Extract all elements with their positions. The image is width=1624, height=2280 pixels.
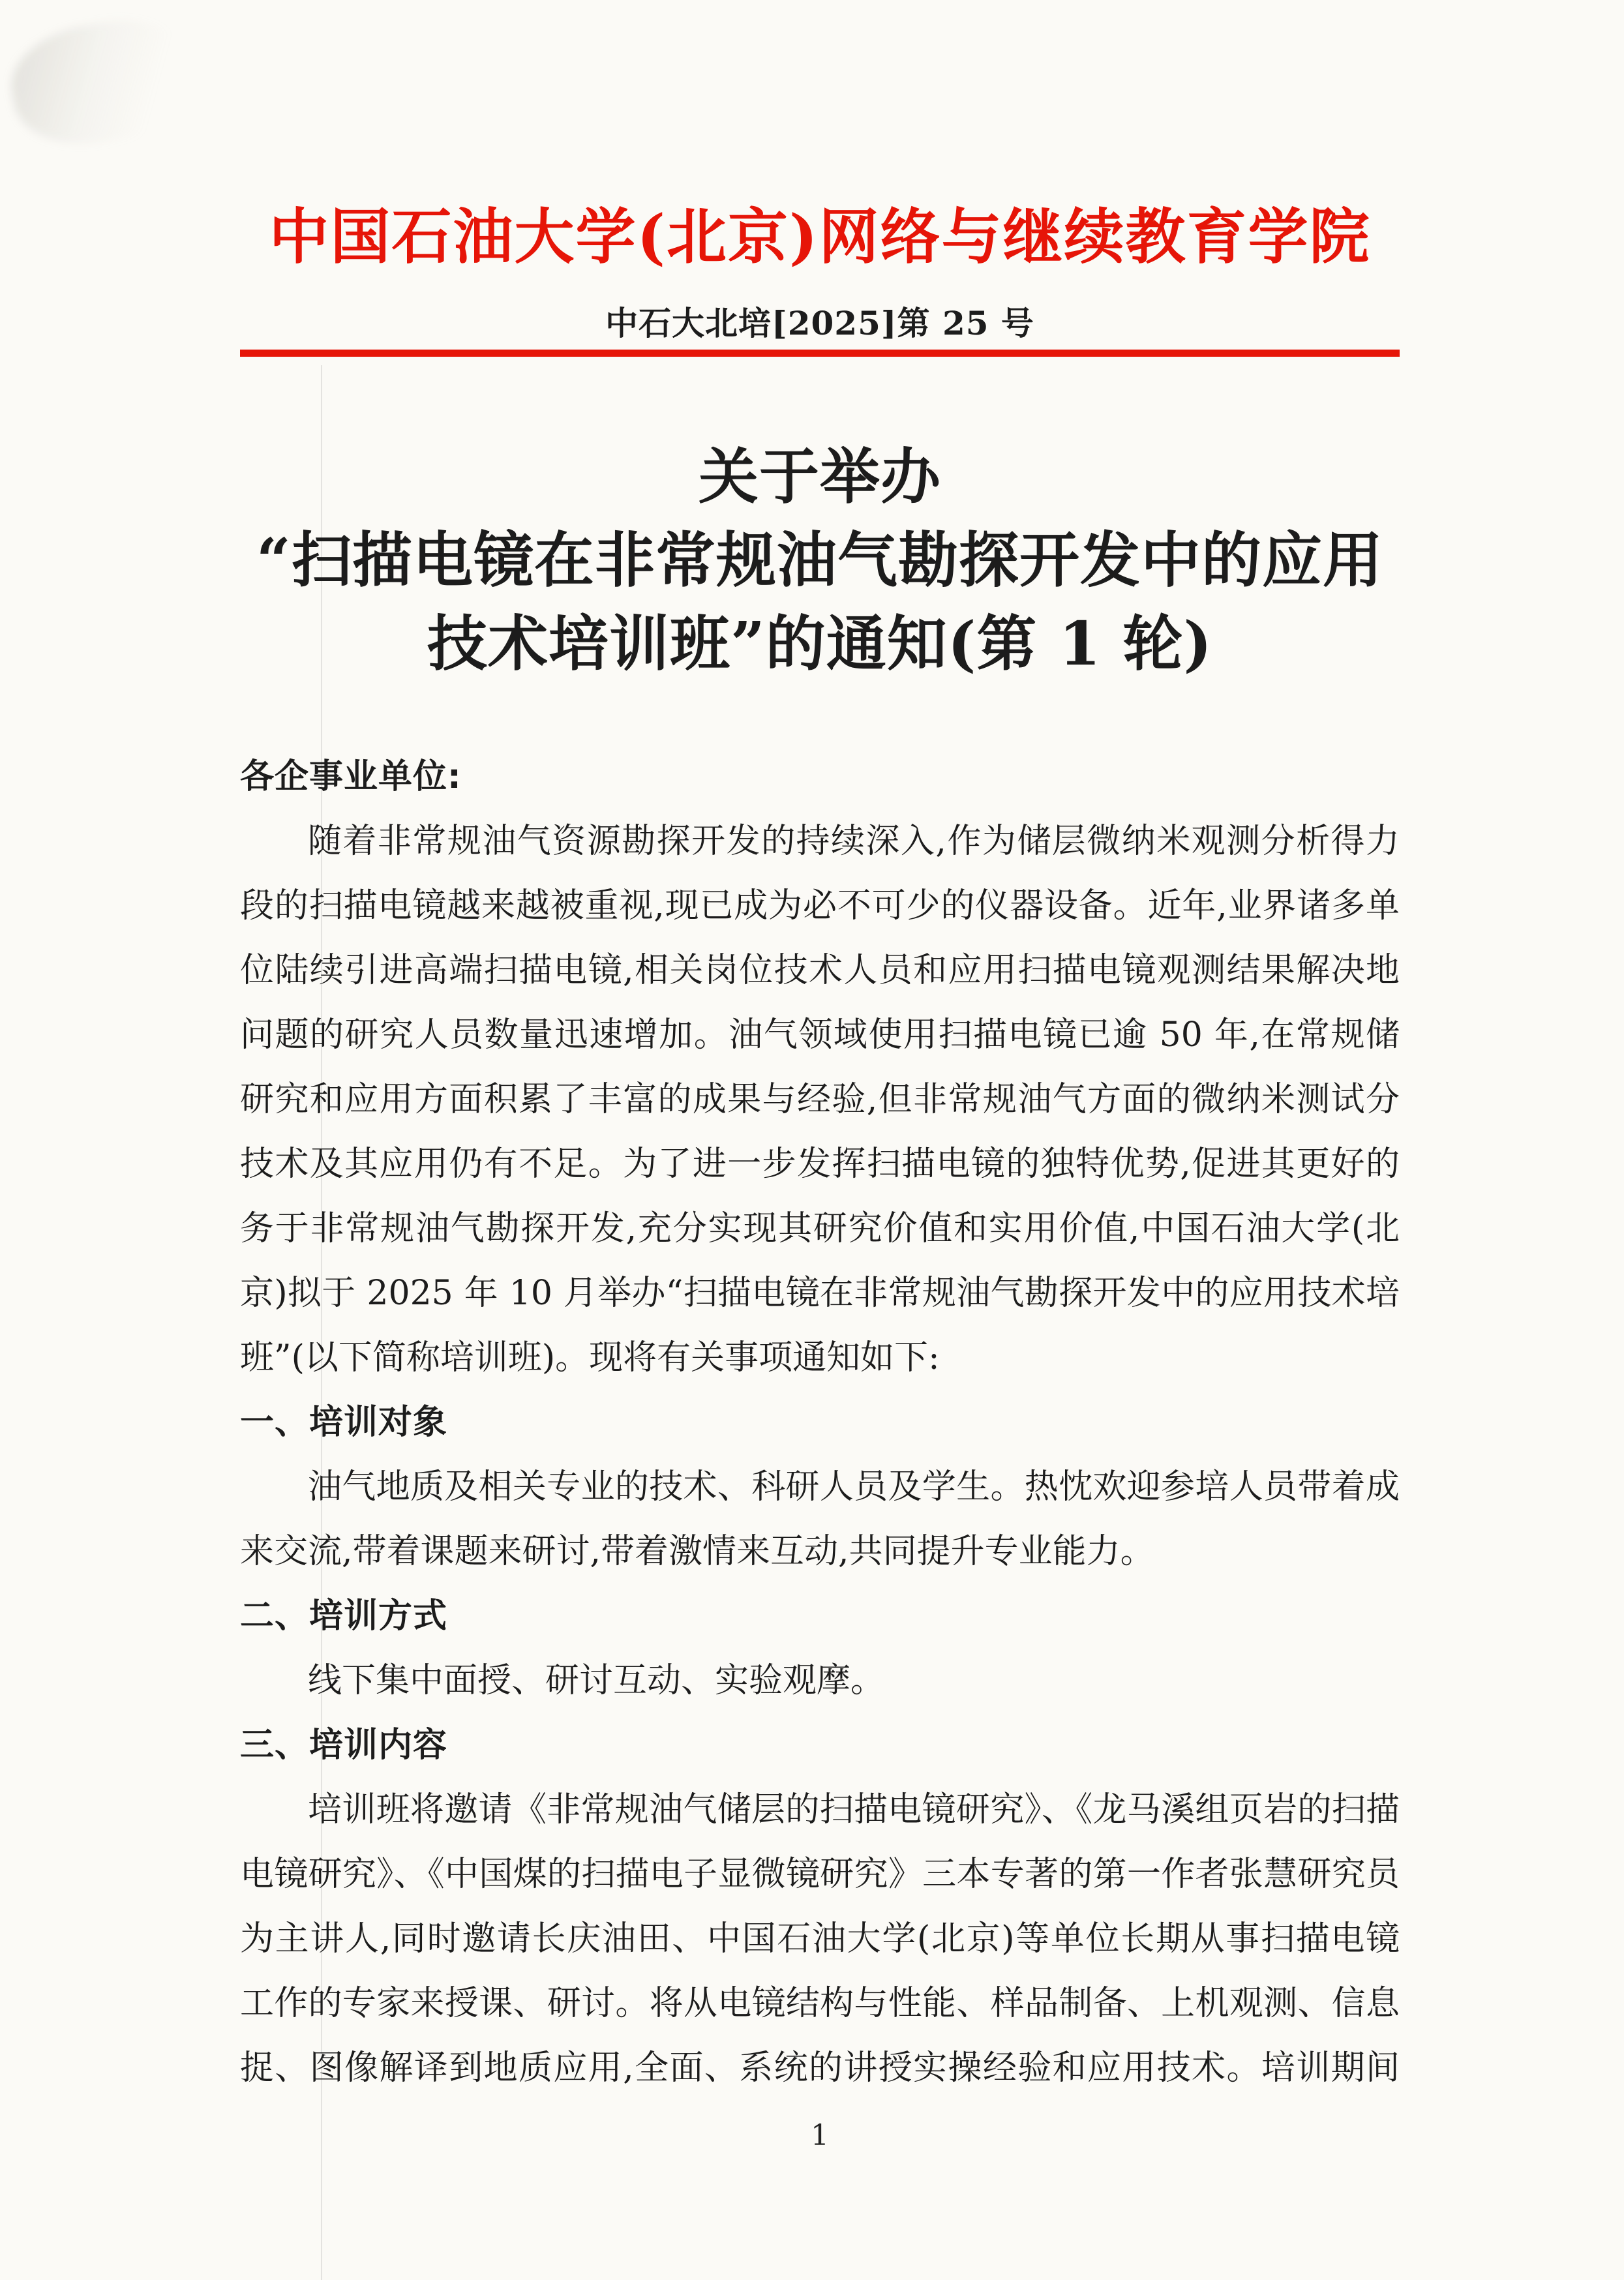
page-number: 1 [240,2119,1400,2153]
section-heading-training-target: 一、培训对象 [240,1390,1400,1455]
body-line: 段的扫描电镜越来越被重视,现已成为必不可少的仪器设备。近年,业界诸多单 [240,874,1400,938]
body-line: 油气地质及相关专业的技术、科研人员及学生。热忱欢迎参培人员带着成果 [240,1455,1400,1520]
salutation: 各企事业单位: [240,745,1400,809]
notice-title: 关于举办 “扫描电镜在非常规油气勘探开发中的应用 技术培训班”的通知(第 1 轮… [240,435,1400,685]
notice-title-line-3: 技术培训班”的通知(第 1 轮) [240,602,1400,685]
body-line: 问题的研究人员数量迅速增加。油气领域使用扫描电镜已逾 50 年,在常规储层 [240,1003,1400,1068]
document-number: 中石大北培[2025]第 25 号 [240,304,1400,343]
body-line: 培训班将邀请《非常规油气储层的扫描电镜研究》、《龙马溪组页岩的扫描 [240,1778,1400,1842]
body-line: 随着非常规油气资源勘探开发的持续深入,作为储层微纳米观测分析得力手 [240,809,1400,874]
document-content: 中国石油大学(北京)网络与继续教育学院 中石大北培[2025]第 25 号 关于… [240,0,1400,2153]
body-line: 技术及其应用仍有不足。为了进一步发挥扫描电镜的独特优势,促进其更好的服 [240,1132,1400,1197]
body-line: 来交流,带着课题来研讨,带着激情来互动,共同提升专业能力。 [240,1520,1400,1584]
body-line: 务于非常规油气勘探开发,充分实现其研究价值和实用价值,中国石油大学(北 [240,1197,1400,1261]
body-line: 电镜研究》、《中国煤的扫描电子显微镜研究》三本专著的第一作者张慧研究员 [240,1842,1400,1907]
body-line: 工作的专家来授课、研讨。将从电镜结构与性能、样品制备、上机观测、信息捕 [240,1972,1400,2036]
body-line: 线下集中面授、研讨互动、实验观摩。 [240,1649,1400,1713]
notice-title-line-2: “扫描电镜在非常规油气勘探开发中的应用 [240,518,1400,602]
scan-smudge-artifact [3,8,203,156]
body-line: 位陆续引进高端扫描电镜,相关岗位技术人员和应用扫描电镜观测结果解决地质 [240,938,1400,1003]
section-heading-training-method: 二、培训方式 [240,1584,1400,1649]
document-page: 中国石油大学(北京)网络与继续教育学院 中石大北培[2025]第 25 号 关于… [0,0,1624,2280]
notice-title-line-1: 关于举办 [240,435,1400,518]
red-divider-rule [240,350,1400,357]
body-line: 捉、图像解译到地质应用,全面、系统的讲授实操经验和应用技术。培训期间将 [240,2036,1400,2101]
section-heading-training-content: 三、培训内容 [240,1713,1400,1778]
body-line: 为主讲人,同时邀请长庆油田、中国石油大学(北京)等单位长期从事扫描电镜 [240,1907,1400,1972]
institution-letterhead: 中国石油大学(北京)网络与继续教育学院 [240,201,1400,273]
body-line: 研究和应用方面积累了丰富的成果与经验,但非常规油气方面的微纳米测试分析 [240,1068,1400,1132]
notice-body: 各企事业单位: 随着非常规油气资源勘探开发的持续深入,作为储层微纳米观测分析得力… [240,745,1400,2101]
body-line: 班”(以下简称培训班)。现将有关事项通知如下: [240,1326,1400,1390]
body-line: 京)拟于 2025 年 10 月举办“扫描电镜在非常规油气勘探开发中的应用技术培… [240,1261,1400,1326]
